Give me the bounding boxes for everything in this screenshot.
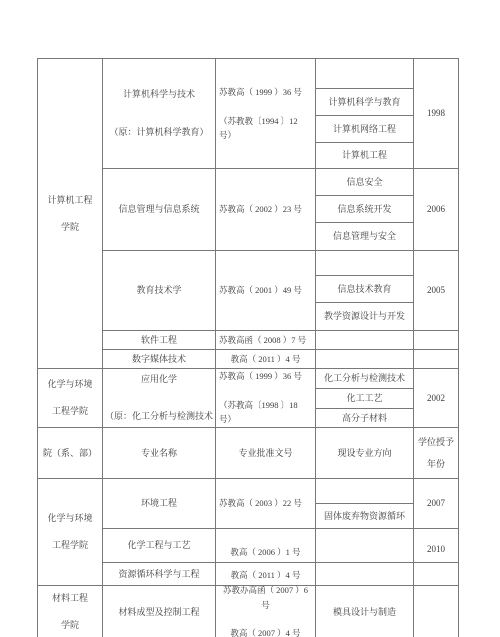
direction-cell (316, 479, 414, 504)
major-cell: 环境工程 (103, 479, 216, 529)
approval-cell: 苏教高（ 1999 ）36 号 （苏教高〔1998 〕18 号） (216, 369, 316, 428)
approval-cell: 苏教高（ 2001 ）49 号 (216, 251, 316, 331)
major-cell: 教育技术学 (103, 251, 216, 331)
year-cell: 2006 (414, 169, 459, 251)
header-year: 学位授予 年份 (414, 428, 459, 479)
major-cell: 软件工程 (103, 331, 216, 350)
year-cell (414, 331, 459, 350)
college-cell: 材料工程 学院 (38, 586, 103, 637)
approval-cell: 教高（ 2011 ）4 号 (216, 563, 316, 586)
major-cell: 信息管理与信息系统 (103, 169, 216, 251)
direction-cell: 模具设计与制造 (316, 586, 414, 637)
major-cell: 应用化学 （原：化工分析与检测技术 (103, 369, 216, 428)
approval-cell: 苏教高（ 2003 ）22 号 (216, 479, 316, 529)
direction-cell (316, 563, 414, 586)
year-cell: 2007 (414, 479, 459, 529)
direction-cell: 信息系统开发 (316, 196, 414, 223)
major-cell: 资源循环科学与工程 (103, 563, 216, 586)
year-cell (414, 350, 459, 369)
approval-cell: 苏教高（ 1999 ）36 号 （苏教教〔1994 〕12 号） (216, 59, 316, 169)
direction-cell: 固体废弃物资源循环 (316, 504, 414, 529)
direction-cell: 教学资源设计与开发 (316, 303, 414, 331)
approval-cell: 苏教办高函（ 2007 ）6 号 教高（ 2007 ）4 号 (216, 586, 316, 637)
header-directions: 现设专业方向 (316, 428, 414, 479)
direction-cell: 信息安全 (316, 169, 414, 196)
direction-cell (316, 59, 414, 89)
major-cell: 计算机科学与技术 （原：计算机科学教育） (103, 59, 216, 169)
academic-programs-table: 计算机工程 学院 计算机科学与技术 （原：计算机科学教育） 苏教高（ 1999 … (37, 58, 459, 637)
direction-cell: 计算机科学与教育 (316, 89, 414, 116)
major-cell: 化学工程与工艺 (103, 529, 216, 563)
college-cell: 化学与环境 工程学院 (38, 369, 103, 428)
direction-cell (316, 251, 414, 276)
direction-cell (316, 331, 414, 350)
direction-cell: 信息管理与安全 (316, 223, 414, 251)
major-cell: 数字媒体技术 (103, 350, 216, 369)
direction-cell: 化工分析与检测技术 (316, 369, 414, 389)
header-major: 专业名称 (103, 428, 216, 479)
year-cell (414, 563, 459, 586)
major-cell: 材料成型及控制工程 (103, 586, 216, 637)
direction-cell: 计算机工程 (316, 143, 414, 169)
direction-cell (316, 529, 414, 563)
college-cell: 化学与环境 工程学院 (38, 479, 103, 586)
direction-cell: 化工工艺 (316, 389, 414, 409)
year-cell: 2010 (414, 529, 459, 563)
year-cell: 1998 (414, 59, 459, 169)
direction-cell: 信息技术教育 (316, 276, 414, 303)
approval-cell: 教高（ 2011 ）4 号 (216, 350, 316, 369)
direction-cell: 计算机网络工程 (316, 116, 414, 143)
header-approval: 专业批准文号 (216, 428, 316, 479)
header-college: 院（系、部） (38, 428, 103, 479)
college-cell: 计算机工程 学院 (38, 59, 103, 369)
approval-cell: 教高（ 2006 ）1 号 (216, 529, 316, 563)
approval-cell: 苏教高函（ 2008 ）7 号 (216, 331, 316, 350)
year-cell (414, 586, 459, 637)
year-cell: 2002 (414, 369, 459, 428)
direction-cell (316, 350, 414, 369)
direction-cell: 高分子材料 (316, 409, 414, 428)
year-cell: 2005 (414, 251, 459, 331)
approval-cell: 苏教高（ 2002 ）23 号 (216, 169, 316, 251)
